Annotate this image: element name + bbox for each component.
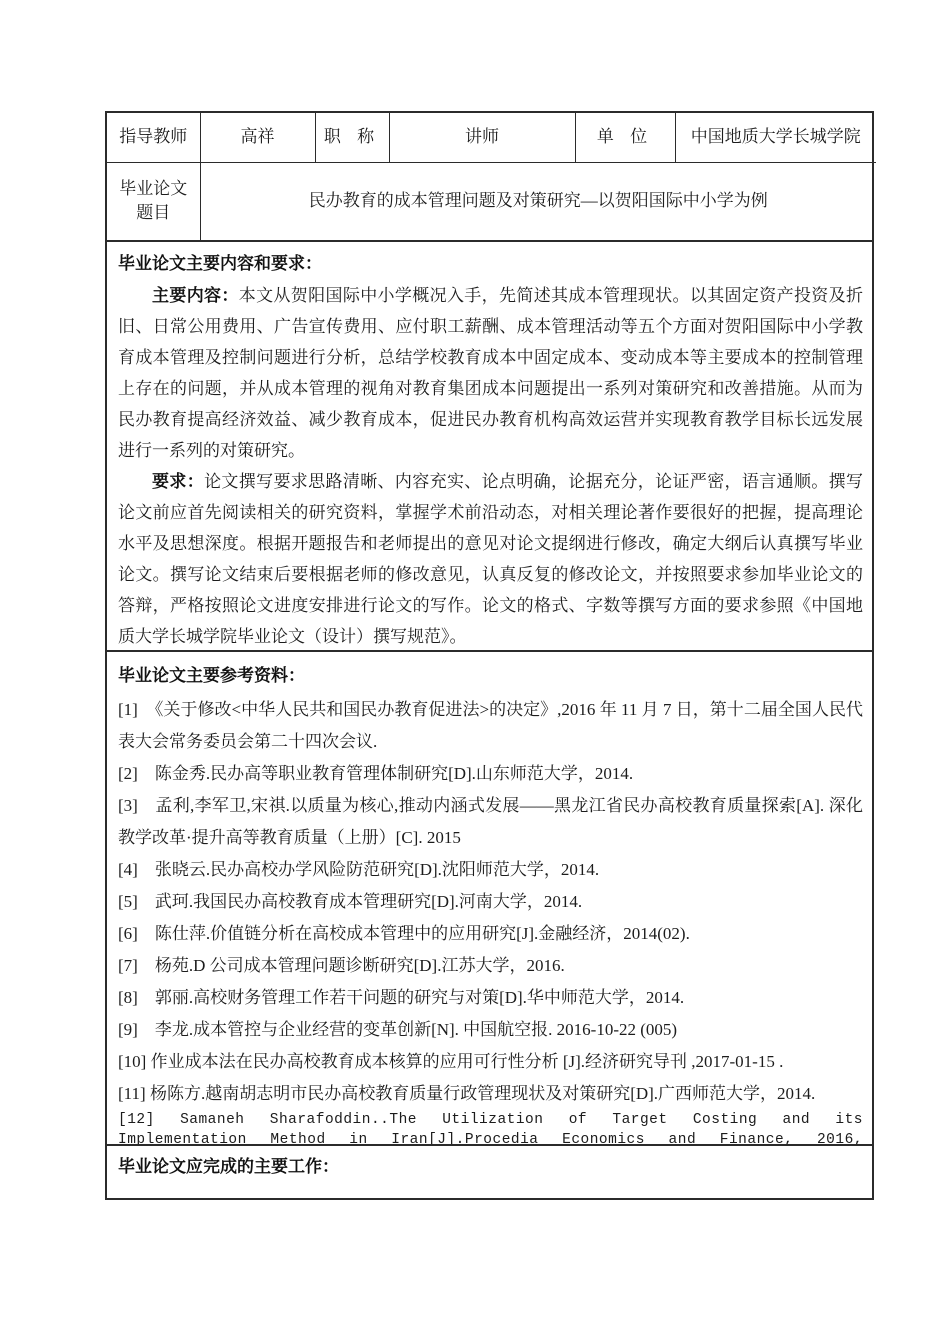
heading-main-work: 毕业论文应完成的主要工作： (118, 1155, 863, 1179)
reference-item: [11] 杨陈方.越南胡志明市民办高校教育质量行政管理现状及对策研究[D].广西… (118, 1078, 863, 1110)
reference-item: [7] 杨苑.D 公司成本管理问题诊断研究[D].江苏大学，2016. (118, 950, 863, 982)
paragraph-main-content: 主要内容：本文从贺阳国际中小学概况入手，先简述其成本管理现状。以其固定资产投资及… (118, 280, 863, 466)
reference-item: [1] 《关于修改<中华人民共和国民办教育促进法>的决定》,2016 年 11 … (118, 694, 863, 758)
reference-list: [1] 《关于修改<中华人民共和国民办教育促进法>的决定》,2016 年 11 … (118, 694, 863, 1144)
cell-jobtitle-label: 职 称 (315, 113, 389, 162)
reference-item: [10] 作业成本法在民办高校教育成本核算的应用可行性分析 [J].经济研究导刊… (118, 1046, 863, 1078)
cell-thesis-title: 民办教育的成本管理问题及对策研究—以贺阳国际中小学为例 (200, 162, 876, 240)
section-content-requirements: 毕业论文主要内容和要求： 主要内容：本文从贺阳国际中小学概况入手，先简述其成本管… (107, 240, 872, 650)
reference-item: [5] 武珂.我国民办高校教育成本管理研究[D].河南大学，2014. (118, 886, 863, 918)
section-main-work: 毕业论文应完成的主要工作： (107, 1144, 872, 1198)
requirements-label: 要求： (152, 472, 204, 491)
main-content-label: 主要内容： (152, 286, 239, 305)
form-header-table: 指导教师 高祥 职 称 讲师 单 位 中国地质大学长城学院 毕业论文题目 民办教… (107, 113, 876, 240)
heading-references: 毕业论文主要参考资料： (118, 664, 863, 688)
paragraph-requirements: 要求：论文撰写要求思路清晰、内容充实、论点明确，论据充分，论证严密，语言通顺。撰… (118, 466, 863, 650)
reference-item: [2] 陈金秀.民办高等职业教育管理体制研究[D].山东师范大学，2014. (118, 758, 863, 790)
cell-supervisor-label: 指导教师 (107, 113, 200, 162)
section-references: 毕业论文主要参考资料： [1] 《关于修改<中华人民共和国民办教育促进法>的决定… (107, 650, 872, 1144)
reference-item: [6] 陈仕萍.价值链分析在高校成本管理中的应用研究[J].金融经济，2014(… (118, 918, 863, 950)
document-page: 指导教师 高祥 职 称 讲师 单 位 中国地质大学长城学院 毕业论文题目 民办教… (0, 0, 950, 1344)
cell-jobtitle-value: 讲师 (389, 113, 575, 162)
requirements-text: 论文撰写要求思路清晰、内容充实、论点明确，论据充分，论证严密，语言通顺。撰写论文… (118, 472, 863, 646)
main-content-text: 本文从贺阳国际中小学概况入手，先简述其成本管理现状。以其固定资产投资及折旧、日常… (118, 286, 863, 460)
cell-unit-value: 中国地质大学长城学院 (675, 113, 876, 162)
reference-item: [4] 张晓云.民办高校办学风险防范研究[D].沈阳师范大学，2014. (118, 854, 863, 886)
reference-item: [3] 孟利,李军卫,宋祺.以质量为核心,推动内涵式发展——黑龙江省民办高校教育… (118, 790, 863, 854)
reference-item: [8] 郭丽.高校财务管理工作若干问题的研究与对策[D].华中师范大学，2014… (118, 982, 863, 1014)
reference-item: [12] Samaneh Sharafoddin..The Utilizatio… (118, 1110, 863, 1144)
cell-unit-label: 单 位 (575, 113, 675, 162)
cell-supervisor-value: 高祥 (200, 113, 315, 162)
cell-thesis-label: 毕业论文题目 (107, 162, 200, 240)
reference-item: [9] 李龙.成本管控与企业经营的变革创新[N]. 中国航空报. 2016-10… (118, 1014, 863, 1046)
thesis-task-form: 指导教师 高祥 职 称 讲师 单 位 中国地质大学长城学院 毕业论文题目 民办教… (105, 111, 874, 1200)
heading-content-requirements: 毕业论文主要内容和要求： (118, 252, 863, 276)
